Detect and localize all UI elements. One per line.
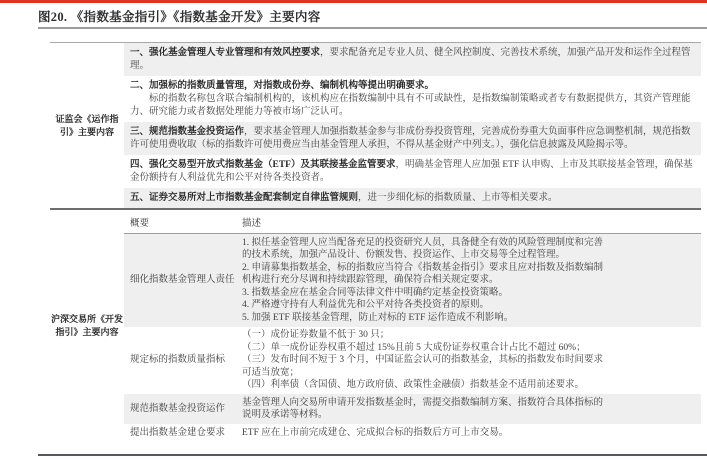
table-row: 规范指数基金投资运作 基金管理人向交易所申请开发指数基金时，需提交指数编制方案、… <box>124 394 701 424</box>
item-lead: 一、强化基金管理人专业管理和有效风控要求 <box>130 48 320 58</box>
row-summary: 提出指数基金建仓要求 <box>124 427 242 440</box>
row-description: 基金管理人向交易所申请开发指数基金时，需提交指数编制方案、指数符合具体指标的 说… <box>242 397 701 422</box>
section2-column-headers: 概要 描述 <box>124 210 701 234</box>
row-summary: 细化指数基金管理人责任 <box>124 274 242 287</box>
item-lead: 五、证券交易所对上市指数基金配套制定自律监管规则 <box>130 193 358 203</box>
section1-item-4: 四、强化交易型开放式指数基金（ETF）及其联接基金监管要求，明确基金管理人应加强… <box>124 155 701 188</box>
title-divider-rule <box>38 27 707 29</box>
section1-item-2: 二、加强标的指数质量管理，对指数成份券、编制机构等提出明确要求。 标的指数名称包… <box>124 76 701 122</box>
row-description: 1. 拟任基金管理人应当配备充足的投资研究人员，具备健全有效的风险管理制度和完善… <box>242 237 701 325</box>
section1-item-3: 三、规范指数基金投资运作，要求基金管理人加强指数基金参与非成份券投资管理，完善成… <box>124 122 701 155</box>
section-exchange-development-guideline: 沪深交易所《开发 指引》主要内容 概要 描述 细化指数基金管理人责任 1. 拟任… <box>50 208 701 442</box>
table-row: 规定标的指数质量指标 （一）成份证券数量不低于 30 只； （二）单一成份证券权… <box>124 327 701 395</box>
table-row: 细化指数基金管理人责任 1. 拟任基金管理人应当配备充足的投资研究人员，具备健全… <box>124 234 701 327</box>
guideline-table: 证监会《运作指 引》主要内容 一、强化基金管理人专业管理和有效风控要求，要求配备… <box>50 42 701 442</box>
item-lead: 三、规范指数基金投资运作 <box>130 127 244 137</box>
table-row: 提出指数基金建仓要求 ETF 应在上市前完成建仓、完成拟合标的指数后方可上市交易… <box>124 424 701 442</box>
row-summary: 规定标的指数质量指标 <box>124 354 242 367</box>
section-csrc-operation-guideline: 证监会《运作指 引》主要内容 一、强化基金管理人专业管理和有效风控要求，要求配备… <box>50 43 701 208</box>
section1-row-header: 证监会《运作指 引》主要内容 <box>50 43 124 208</box>
section1-item-1: 一、强化基金管理人专业管理和有效风控要求，要求配备充足专业人员、健全风控制度、完… <box>124 43 701 76</box>
item-note: 标的指数名称包含联合编制机构的，该机构应在指数编制中具有不可或缺性，是指数编制策… <box>130 93 693 119</box>
column-header-summary: 概要 <box>124 215 242 229</box>
section1-body: 一、强化基金管理人专业管理和有效风控要求，要求配备充足专业人员、健全风控制度、完… <box>124 43 701 208</box>
row-description: ETF 应在上市前完成建仓、完成拟合标的指数后方可上市交易。 <box>242 427 701 440</box>
section2-row-header: 沪深交易所《开发 指引》主要内容 <box>50 210 124 442</box>
item-lead: 二、加强标的指数质量管理，对指数成份券、编制机构等提出明确要求。 <box>130 81 434 91</box>
row-summary: 规范指数基金投资运作 <box>124 403 242 416</box>
item-lead: 四、强化交易型开放式指数基金（ETF）及其联接基金监管要求 <box>130 160 395 170</box>
figure-title: 图20. 《指数基金指引》《指数基金开发》主要内容 <box>38 7 321 25</box>
figure-bottom-rule <box>38 454 707 456</box>
section2-body: 概要 描述 细化指数基金管理人责任 1. 拟任基金管理人应当配备充足的投资研究人… <box>124 210 701 442</box>
row-description: （一）成份证券数量不低于 30 只； （二）单一成份证券权重不超过 15%且前 … <box>242 329 701 392</box>
item-body: ，进一步细化标的指数质量、上市等相关要求。 <box>358 193 558 203</box>
section1-item-5: 五、证券交易所对上市指数基金配套制定自律监管规则，进一步细化标的指数质量、上市等… <box>124 188 701 208</box>
accent-top-rule <box>0 0 707 3</box>
column-header-description: 描述 <box>242 215 701 229</box>
